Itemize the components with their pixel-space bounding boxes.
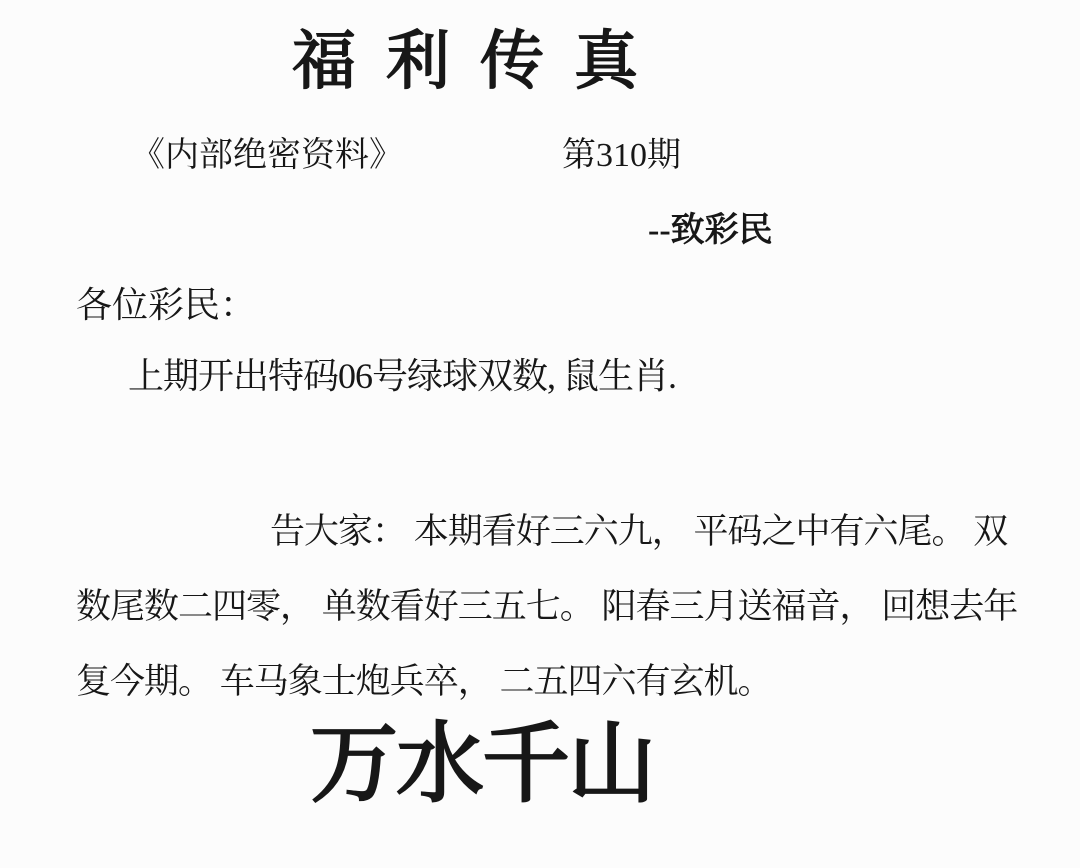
message-line-1: 告大家： 本期看好三六九， 平码之中有六尾。 双 [76, 494, 968, 569]
previous-draw-result: 上期开出特码06号绿球双数, 鼠生肖. [128, 358, 676, 394]
issue-number: 第310期 [562, 139, 681, 173]
message-line-2: 数尾数二四零， 单数看好三五七。 阳春三月送福音， 回想去年 [76, 569, 968, 644]
salutation: 各位彩民： [76, 287, 256, 323]
fax-document-page: 福利传真 《内部绝密资料》 第310期 --致彩民 各位彩民： 上期开出特码06… [0, 0, 1080, 868]
byline: --致彩民 [648, 214, 773, 248]
message-paragraph: 告大家： 本期看好三六九， 平码之中有六尾。 双 数尾数二四零， 单数看好三五七… [76, 494, 968, 719]
slogan: 万水千山 [310, 722, 654, 810]
classification-label: 《内部绝密资料》 [131, 139, 403, 173]
document-title: 福利传真 [292, 30, 668, 94]
message-line-3: 复今期。 车马象士炮兵卒， 二五四六有玄机。 [76, 644, 968, 719]
